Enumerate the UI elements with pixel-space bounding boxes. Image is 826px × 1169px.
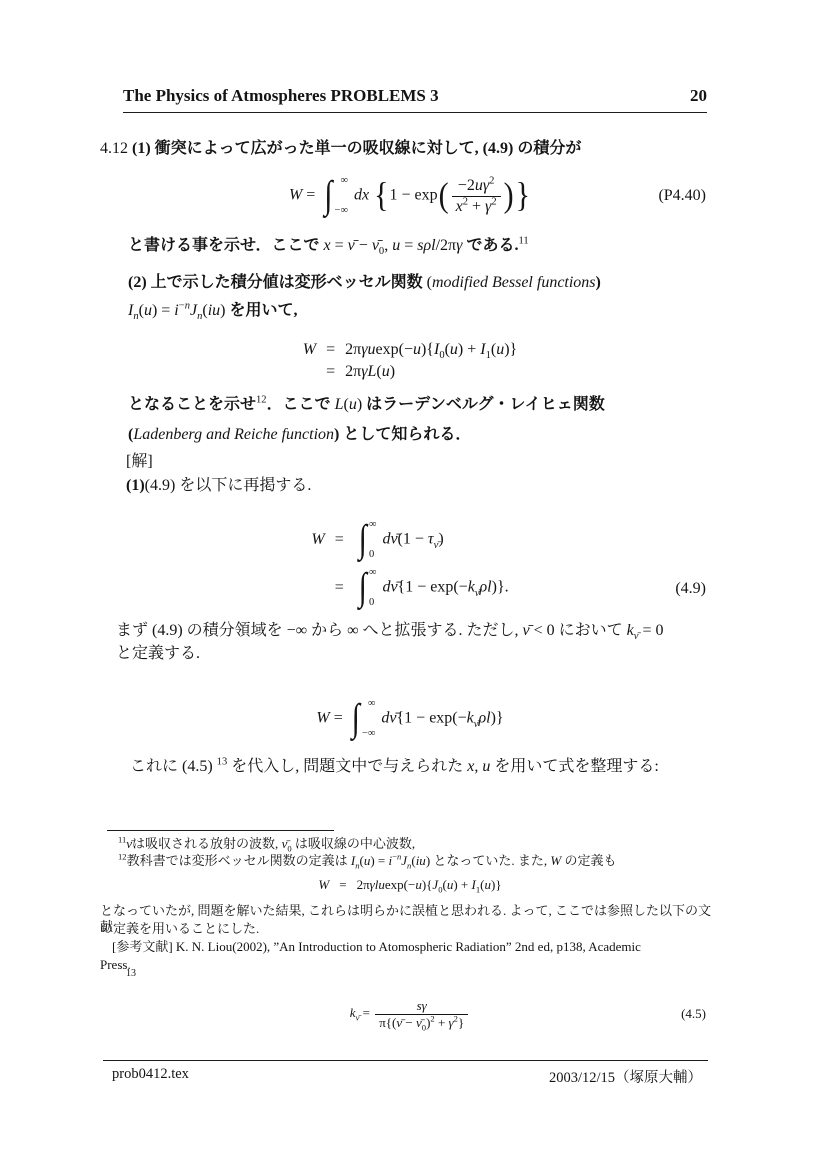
equation-49-rhs2: ∫∞0 dν̄{1 − exp(−kν̄ρl)}. xyxy=(349,564,514,612)
equation-extended: W = ∫∞−∞ dν̄{1 − exp(−kν̄ρl)} xyxy=(112,694,708,744)
solution-line2: まず (4.9) の積分領域を −∞ から ∞ へと拡張する. ただし, ν̄ … xyxy=(116,621,716,641)
equation-bessel-align: W = 2πγuexp(−u){I0(u) + I1(u)} = 2πγL(u) xyxy=(298,339,522,383)
footer-filename: prob0412.tex xyxy=(112,1066,189,1087)
equals-sign: = xyxy=(330,564,349,612)
problem-part2-line1: (2) 上で示した積分値は変形ベッセル関数 (modified Bessel f… xyxy=(128,273,713,293)
equation-p440-math: W = ∫∞−∞ dx {1 − exp(−2uγ2x2 + γ2)} xyxy=(289,174,531,218)
equation-bessel-rhs1: 2πγuexp(−u){I0(u) + I1(u)} xyxy=(340,339,522,361)
equation-bessel-lhs: W xyxy=(298,339,321,361)
problem-statement-line1: 4.12 (1) 衝突によって広がった単一の吸収線に対して, (4.9) の積分… xyxy=(100,139,715,159)
solution-line4: これに (4.5) 13 を代入し, 問題文中で与えられた x, u を用いて式… xyxy=(130,757,715,777)
footnote-12: 12教科書では変形ベッセル関数の定義は In(u) = i−nJn(iu) とな… xyxy=(118,853,713,869)
equation-49-align: W = ∫∞0 dν̄(1 − τν̄) = ∫∞0 dν̄{1 − exp(−… xyxy=(306,516,513,612)
document-page: The Physics of Atmospheres PROBLEMS 3 20… xyxy=(0,0,826,1169)
equation-45: kν̄ = sγπ{(ν̄ − ν̄0)2 + γ2} (4.5) xyxy=(112,988,708,1040)
equation-p440: W = ∫∞−∞ dx {1 − exp(−2uγ2x2 + γ2)} (P4.… xyxy=(112,166,708,226)
footnote-reference-line1: [参考文献] K. N. Liou(2002), ”An Introductio… xyxy=(112,939,715,955)
solution-label: [解] xyxy=(126,452,153,472)
equation-bessel: W = 2πγuexp(−u){I0(u) + I1(u)} = 2πγL(u) xyxy=(112,330,708,392)
footnote-eq-rhs: 2πγluexp(−u){J0(u) + I1(u)} xyxy=(352,875,507,895)
equation-49-lhs: W xyxy=(306,516,329,564)
solution-line3: と定義する. xyxy=(116,644,716,664)
footer-date-author: 2003/12/15（塚原大輔） xyxy=(549,1066,702,1087)
equation-bessel-rhs2: 2πγL(u) xyxy=(340,361,522,383)
equation-49: W = ∫∞0 dν̄(1 − τν̄) = ∫∞0 dν̄{1 − exp(−… xyxy=(112,520,708,608)
equals-sign: = xyxy=(334,875,351,895)
page-number: 20 xyxy=(690,86,707,106)
equation-p440-tag: (P4.40) xyxy=(658,187,706,205)
footer-rule xyxy=(103,1060,708,1061)
equation-45-tag: (4.5) xyxy=(681,1006,706,1022)
equals-sign: = xyxy=(321,339,340,361)
equation-45-math: kν̄ = sγπ{(ν̄ − ν̄0)2 + γ2} xyxy=(350,998,470,1030)
page-header: The Physics of Atmospheres PROBLEMS 3 20 xyxy=(123,86,707,113)
footnote-equation-w: W = 2πγluexp(−u){J0(u) + I1(u)} xyxy=(112,872,708,898)
equals-sign: = xyxy=(330,516,349,564)
equation-49-rhs1: ∫∞0 dν̄(1 − τν̄) xyxy=(349,516,514,564)
problem-part2-line2: In(u) = i−nJn(iu) を用いて, xyxy=(128,301,713,321)
footnote-text-line2: の定義を用いることにした. xyxy=(100,921,715,937)
footnote-equation-w-align: W = 2πγluexp(−u){J0(u) + I1(u)} xyxy=(313,875,506,895)
header-title: The Physics of Atmospheres PROBLEMS 3 xyxy=(123,86,439,106)
footnote-rule xyxy=(107,830,334,831)
solution-line1: (1)(4.9) を以下に再掲する. xyxy=(126,476,711,496)
footnote-13-mark: 13 xyxy=(126,968,136,981)
equals-sign: = xyxy=(321,361,340,383)
footnote-11: 11ν̄は吸収される放射の波数, ν̄0 は吸収線の中心波数, xyxy=(118,836,713,852)
equation-extended-math: W = ∫∞−∞ dν̄{1 − exp(−kν̄ρl)} xyxy=(316,697,503,741)
problem-statement-line2: と書ける事を示せ．ここで x = ν̄ − ν̄0, u = sρl/2πγ で… xyxy=(128,236,713,256)
footnote-reference-line2: Press. xyxy=(100,957,715,973)
page-footer: prob0412.tex 2003/12/15（塚原大輔） xyxy=(103,1066,708,1087)
equation-49-tag: (4.9) xyxy=(675,580,706,598)
problem-part2-line4: (Ladenberg and Reiche function) として知られる． xyxy=(128,425,713,445)
footnote-eq-lhs: W xyxy=(313,875,334,895)
problem-part2-line3: となることを示せ12．ここで L(u) はラーデンベルグ・レイヒェ関数 xyxy=(128,395,713,415)
